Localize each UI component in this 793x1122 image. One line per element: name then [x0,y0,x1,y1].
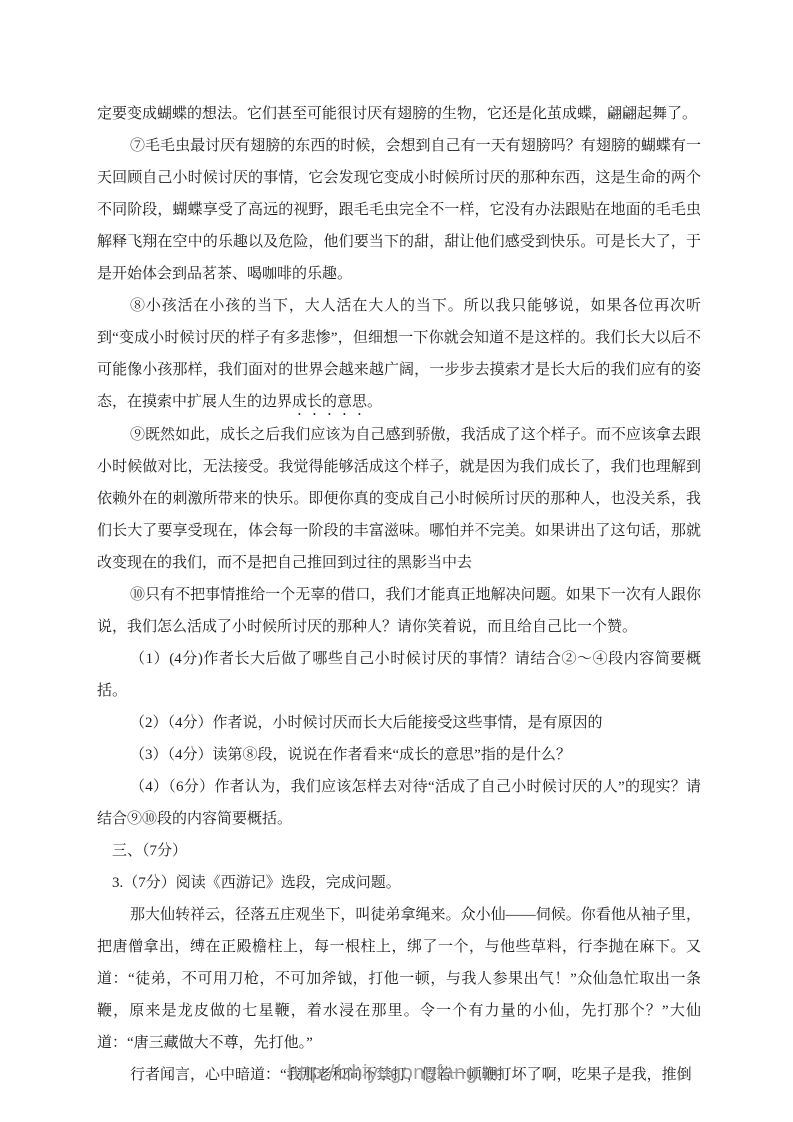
question-1: （1）(4分)作者长大后做了哪些自己小时候讨厌的事情？请结合②～④段内容简要概括… [97,643,701,707]
document-page: 定要变成蝴蝶的想法。它们甚至可能很讨厌有翅膀的生物，它还是化茧成蝶，翩翩起舞了。… [0,0,793,1122]
section-3-heading: 三、（7分） [97,835,701,867]
paragraph-8-text: ⑧小孩活在小孩的当下，大人活在大人的当下。所以我只能够说，如果各位再次听到“变成… [97,298,701,410]
excerpt-paragraph-1: 那大仙转祥云，径落五庄观坐下，叫徒弟拿绳来。众小仙——伺候。你看他从袖子里，把唐… [97,899,701,1059]
question-3: （3）（4分）读第⑧段，说说在作者看来“成长的意思”指的是什么？ [97,739,701,771]
paragraph-8-period: 。 [367,394,382,410]
section-3-item: 3.（7分）阅读《西游记》选段，完成问题。 [97,867,701,899]
watermark-url: http://zhiyugongfang.cn [0,1062,793,1085]
paragraph-8: ⑧小孩活在小孩的当下，大人活在大人的当下。所以我只能够说，如果各位再次听到“变成… [97,290,701,419]
question-4: （4）（6分）作者认为，我们应该怎样去对待“活成了自己小时候讨厌的人”的现实？请… [97,771,701,835]
paragraph-9: ⑨既然如此，成长之后我们应该为自己感到骄傲，我活成了这个样子。而不应该拿去跟小时… [97,419,701,579]
document-body: 定要变成蝴蝶的想法。它们甚至可能很讨厌有翅膀的生物，它还是化茧成蝶，翩翩起舞了。… [97,98,701,1091]
paragraph-7: ⑦毛毛虫最讨厌有翅膀的东西的时候，会想到自己有一天有翅膀吗？有翅膀的蝴蝶有一天回… [97,130,701,290]
paragraph-continuation: 定要变成蝴蝶的想法。它们甚至可能很讨厌有翅膀的生物，它还是化茧成蝶，翩翩起舞了。 [97,98,701,130]
paragraph-10: ⑩只有不把事情推给一个无辜的借口，我们才能真正地解决问题。如果下一次有人跟你说，… [97,579,701,643]
question-2: （2）（4分）作者说，小时候讨厌而长大后能接受这些事情，是有原因的 [97,707,701,739]
paragraph-8-emphasized-phrase: 成长的意思 [292,394,367,410]
